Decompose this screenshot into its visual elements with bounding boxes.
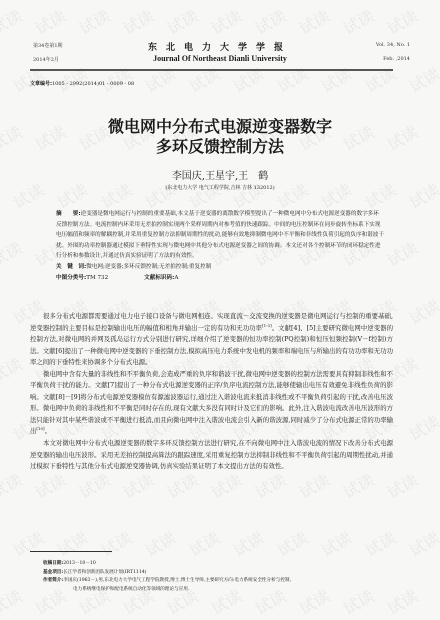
watermark-text: 试读	[404, 62, 440, 98]
watermark-text: 试读	[206, 468, 245, 504]
watermark-text: 试读	[360, 62, 399, 98]
keywords-line: 关 键 词:微电网;逆变器;多环反馈控制;无差拍控制;重复控制	[56, 262, 384, 273]
citation: [10]	[36, 426, 44, 431]
watermark-text: 试读	[382, 236, 421, 272]
watermark-text: 试读	[118, 468, 157, 504]
watermark-text: 试读	[316, 526, 355, 562]
watermark-text: 试读	[30, 468, 69, 504]
watermark-text: 试读	[272, 62, 311, 98]
paragraph-text: 本文对微电网中分布式电源逆变器的数字多环反馈控制方法进行研究,在不向微电网中注入…	[30, 439, 393, 470]
watermark-text: 试读	[338, 4, 377, 40]
received-date: 收稿日期:2013－10－10	[43, 560, 403, 569]
doc-code-label: 文献标识码:	[144, 275, 174, 281]
body-paragraph-2: 微电网中含有大量的非线性和不平衡负荷,会造成严重的负序和谐波干扰,微电网中逆变器…	[30, 369, 393, 438]
header-rule	[30, 69, 393, 71]
watermark-text: 试读	[0, 584, 26, 620]
journal-name-en: Journal Of Northeast Dianli University	[0, 54, 440, 63]
watermark-text: 试读	[8, 178, 47, 214]
watermark-layer: 试读试读试读试读试读试读试读试读试读试读试读试读试读试读试读试读试读试读试读试读…	[0, 0, 440, 620]
abstract-block: 摘 要:逆变器是微电网运行与控制的重要基础,本文基于逆变器的离散数学模型提出了一…	[56, 209, 384, 283]
watermark-text: 试读	[52, 526, 91, 562]
watermark-text: 试读	[294, 4, 333, 40]
title-line-1: 微电网中分布式电源逆变器数字	[0, 117, 440, 137]
watermark-text: 试读	[250, 4, 289, 40]
author-bio-value: 李国庆(1963－),男,东北电力大学电气工程学院教授,博士,博士生导师,主要研…	[63, 578, 294, 583]
watermark-text: 试读	[382, 468, 421, 504]
journal-name-cn: 东北电力大学学报	[0, 40, 440, 53]
body-paragraph-1: 很多分布式电源都需要通过电力电子接口设备与微电网相连。实现直流－交流变换的逆变器…	[30, 311, 393, 369]
watermark-text: 试读	[272, 526, 311, 562]
author-list: 李国庆,王星宇,王 鹤	[0, 167, 440, 182]
author-bio-label: 作者简介:	[43, 578, 63, 583]
received-label: 收稿日期:	[43, 561, 63, 566]
paragraph-text: 。	[45, 427, 51, 435]
watermark-text: 试读	[228, 526, 267, 562]
watermark-text: 试读	[382, 4, 421, 40]
watermark-text: 试读	[206, 4, 245, 40]
article-number-value: 1005 - 2992(2014)01 - 0009 - 08	[52, 81, 134, 87]
watermark-text: 试读	[140, 62, 179, 98]
article-number-label: 文章编号:	[30, 81, 52, 87]
watermark-text: 试读	[250, 468, 289, 504]
clc-value: TM 732	[86, 275, 108, 281]
watermark-text: 试读	[162, 4, 201, 40]
title-line-2: 多环反馈控制方法	[0, 137, 440, 157]
author-bio-continued: 电力系统继电保护和配电系统自动化等领域的理论与应用.	[43, 586, 403, 595]
author-affiliation: (东北电力大学 电气工程学院,吉林 吉林 132012)	[0, 184, 440, 191]
watermark-text: 试读	[338, 468, 377, 504]
watermark-text: 试读	[140, 526, 179, 562]
watermark-text: 试读	[74, 4, 113, 40]
watermark-text: 试读	[118, 4, 157, 40]
watermark-text: 试读	[404, 526, 440, 562]
watermark-text: 试读	[96, 526, 135, 562]
watermark-text: 试读	[184, 526, 223, 562]
watermark-text: 试读	[228, 62, 267, 98]
watermark-text: 试读	[404, 294, 440, 330]
abstract-text: 逆变器是微电网运行与控制的重要基础,本文基于逆变器的离散数学模型提出了一种微电网…	[56, 211, 384, 259]
classification-line: 中图分类号:TM 732文献标识码:A	[56, 273, 384, 284]
article-number: 文章编号:1005 - 2992(2014)01 - 0009 - 08	[30, 80, 134, 87]
watermark-text: 试读	[184, 62, 223, 98]
watermark-text: 试读	[360, 526, 399, 562]
watermark-text: 试读	[0, 468, 26, 504]
header-volume-en: Vol. 34, No. 1	[376, 42, 410, 48]
watermark-text: 试读	[316, 62, 355, 98]
watermark-text: 试读	[30, 4, 69, 40]
body-text: 很多分布式电源都需要通过电力电子接口设备与微电网相连。实现直流－交流变换的逆变器…	[30, 311, 393, 473]
doc-code-value: A	[174, 275, 178, 281]
body-paragraph-3: 本文对微电网中分布式电源逆变器的数字多环反馈控制方法进行研究,在不向微电网中注入…	[30, 438, 393, 473]
keywords-label: 关 键 词:	[56, 264, 86, 270]
clc-label: 中图分类号:	[56, 275, 86, 281]
watermark-text: 试读	[8, 526, 47, 562]
watermark-text: 试读	[162, 468, 201, 504]
paragraph-text: 微电网中含有大量的非线性和不平衡负荷,会造成严重的负序和谐波干扰,微电网中逆变器…	[30, 370, 393, 436]
watermark-text: 试读	[404, 178, 440, 214]
abstract-label: 摘 要:	[56, 211, 81, 217]
watermark-text: 试读	[0, 236, 26, 272]
footnotes: 收稿日期:2013－10－10 基金项目:长江学者和创新团队发展计划(IRT11…	[43, 560, 403, 594]
watermark-text: 试读	[294, 468, 333, 504]
citation: [1-3]	[262, 322, 272, 327]
paper-page: 试读试读试读试读试读试读试读试读试读试读试读试读试读试读试读试读试读试读试读试读…	[0, 0, 440, 620]
header-date-en: Feb. ,2014	[383, 56, 410, 62]
keywords-text: 微电网;逆变器;多环反馈控制;无差拍控制;重复控制	[86, 264, 211, 270]
fund-label: 基金项目:	[43, 570, 63, 575]
watermark-text: 试读	[0, 4, 26, 40]
fund-value: 长江学者和创新团队发展计划(IRT1114)	[63, 570, 146, 575]
footnote-rule	[30, 551, 112, 552]
received-value: 2013－10－10	[63, 561, 96, 566]
watermark-text: 试读	[0, 352, 26, 388]
paper-title: 微电网中分布式电源逆变器数字 多环反馈控制方法	[0, 117, 440, 157]
fund-project: 基金项目:长江学者和创新团队发展计划(IRT1114)	[43, 569, 403, 578]
watermark-text: 试读	[74, 468, 113, 504]
author-bio: 作者简介:李国庆(1963－),男,东北电力大学电气工程学院教授,博士,博士生导…	[43, 577, 403, 586]
watermark-text: 试读	[404, 410, 440, 446]
